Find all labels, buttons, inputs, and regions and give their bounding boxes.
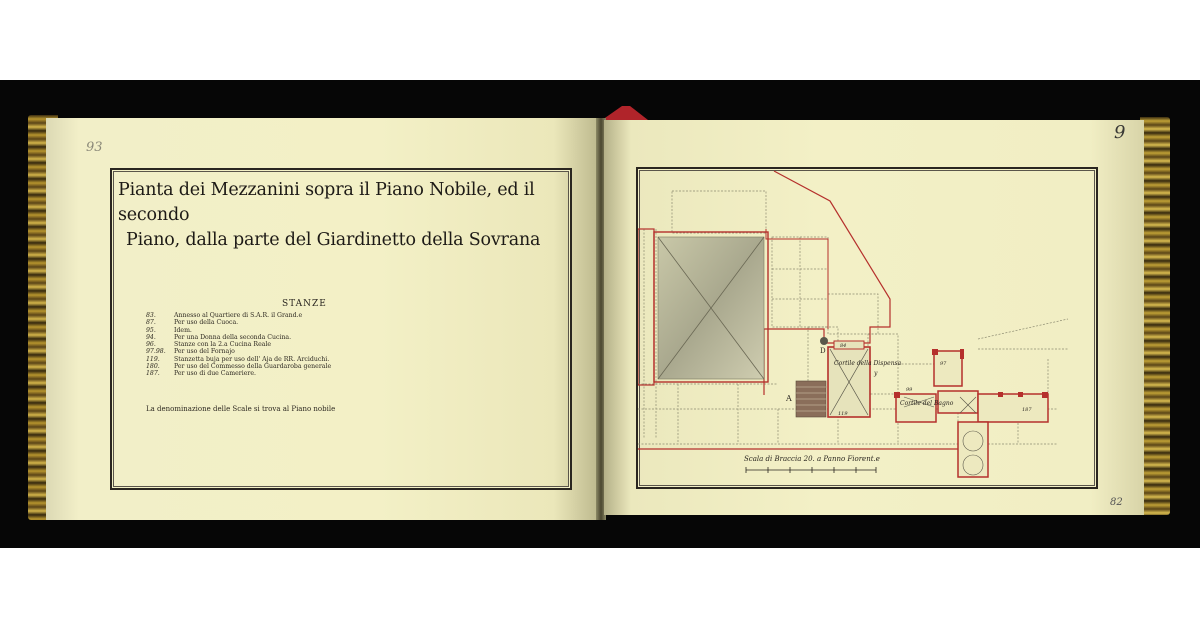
svg-text:187: 187 xyxy=(1022,407,1032,413)
svg-text:99: 99 xyxy=(906,387,913,393)
svg-text:y: y xyxy=(873,370,878,377)
legend-num: 187. xyxy=(146,370,174,377)
legend-text: Per uso del Fornajo xyxy=(174,348,235,355)
legend-num: 96. xyxy=(146,341,174,348)
page-title: Pianta dei Mezzanini sopra il Piano Nobi… xyxy=(118,178,568,253)
legend-heading: STANZE xyxy=(282,299,327,309)
plan-label-bath: Cortile del Bagno xyxy=(900,400,954,407)
svg-text:84: 84 xyxy=(840,343,846,349)
folio-number: 82 xyxy=(1110,497,1123,508)
legend-text: Stanze con la 2.a Cucina Reale xyxy=(174,341,271,348)
legend-text: Annesso al Quartiere di S.A.R. il Grand.… xyxy=(174,312,302,319)
legend-text: Stanzetta buja per uso dell' Aja de RR. … xyxy=(174,356,329,363)
stairs-note: La denominazione delle Scale si trova al… xyxy=(146,405,335,413)
legend-row: 187.Per uso di due Cameriere. xyxy=(146,370,331,377)
legend-row: 119.Stanzetta buja per uso dell' Aja de … xyxy=(146,356,331,363)
title-line-1: Pianta dei Mezzanini sopra il Piano Nobi… xyxy=(118,180,535,225)
floor-plan: Cortile della Dispensa Cortile del Bagno… xyxy=(638,169,1094,485)
left-page-number: 93 xyxy=(86,140,103,155)
title-line-2: Piano, dalla parte del Giardinetto della… xyxy=(118,228,568,253)
svg-text:97: 97 xyxy=(940,361,947,367)
bookmark-ribbon xyxy=(600,104,650,120)
scale-label: Scala di Braccia 20. a Panno Fiorent.e xyxy=(744,455,880,463)
legend-text: Per uso della Cuoca. xyxy=(174,319,238,326)
legend-num: 119. xyxy=(146,356,174,363)
svg-text:A: A xyxy=(785,394,792,403)
legend-num: 94. xyxy=(146,334,174,341)
legend-row: 94.Per una Donna della seconda Cucina. xyxy=(146,334,331,341)
legend-row: 180.Per uso del Commesso della Guardarob… xyxy=(146,363,331,370)
legend-text: Per uso del Commesso della Guardaroba ge… xyxy=(174,363,331,370)
legend-row: 87.Per uso della Cuoca. xyxy=(146,319,331,326)
legend-num: 83. xyxy=(146,312,174,319)
legend-text: Per uso di due Cameriere. xyxy=(174,370,256,377)
svg-text:D: D xyxy=(820,347,826,355)
gilt-edge-right xyxy=(1140,117,1170,515)
legend-text: Per una Donna della seconda Cucina. xyxy=(174,334,291,341)
plan-label-courtyard: Cortile della Dispensa xyxy=(834,360,902,367)
legend-row: 97.98.Per uso del Fornajo xyxy=(146,348,331,355)
right-page-number: 9 xyxy=(1114,122,1125,143)
room-legend: 83.Annesso al Quartiere di S.A.R. il Gra… xyxy=(146,312,331,378)
svg-text:119: 119 xyxy=(838,411,848,417)
legend-text: Idem. xyxy=(174,327,192,334)
legend-row: 96.Stanze con la 2.a Cucina Reale xyxy=(146,341,331,348)
legend-num: 180. xyxy=(146,363,174,370)
legend-num: 87. xyxy=(146,319,174,326)
legend-row: 83.Annesso al Quartiere di S.A.R. il Gra… xyxy=(146,312,331,319)
legend-num: 95. xyxy=(146,327,174,334)
legend-num: 97.98. xyxy=(146,348,174,355)
legend-row: 95.Idem. xyxy=(146,327,331,334)
